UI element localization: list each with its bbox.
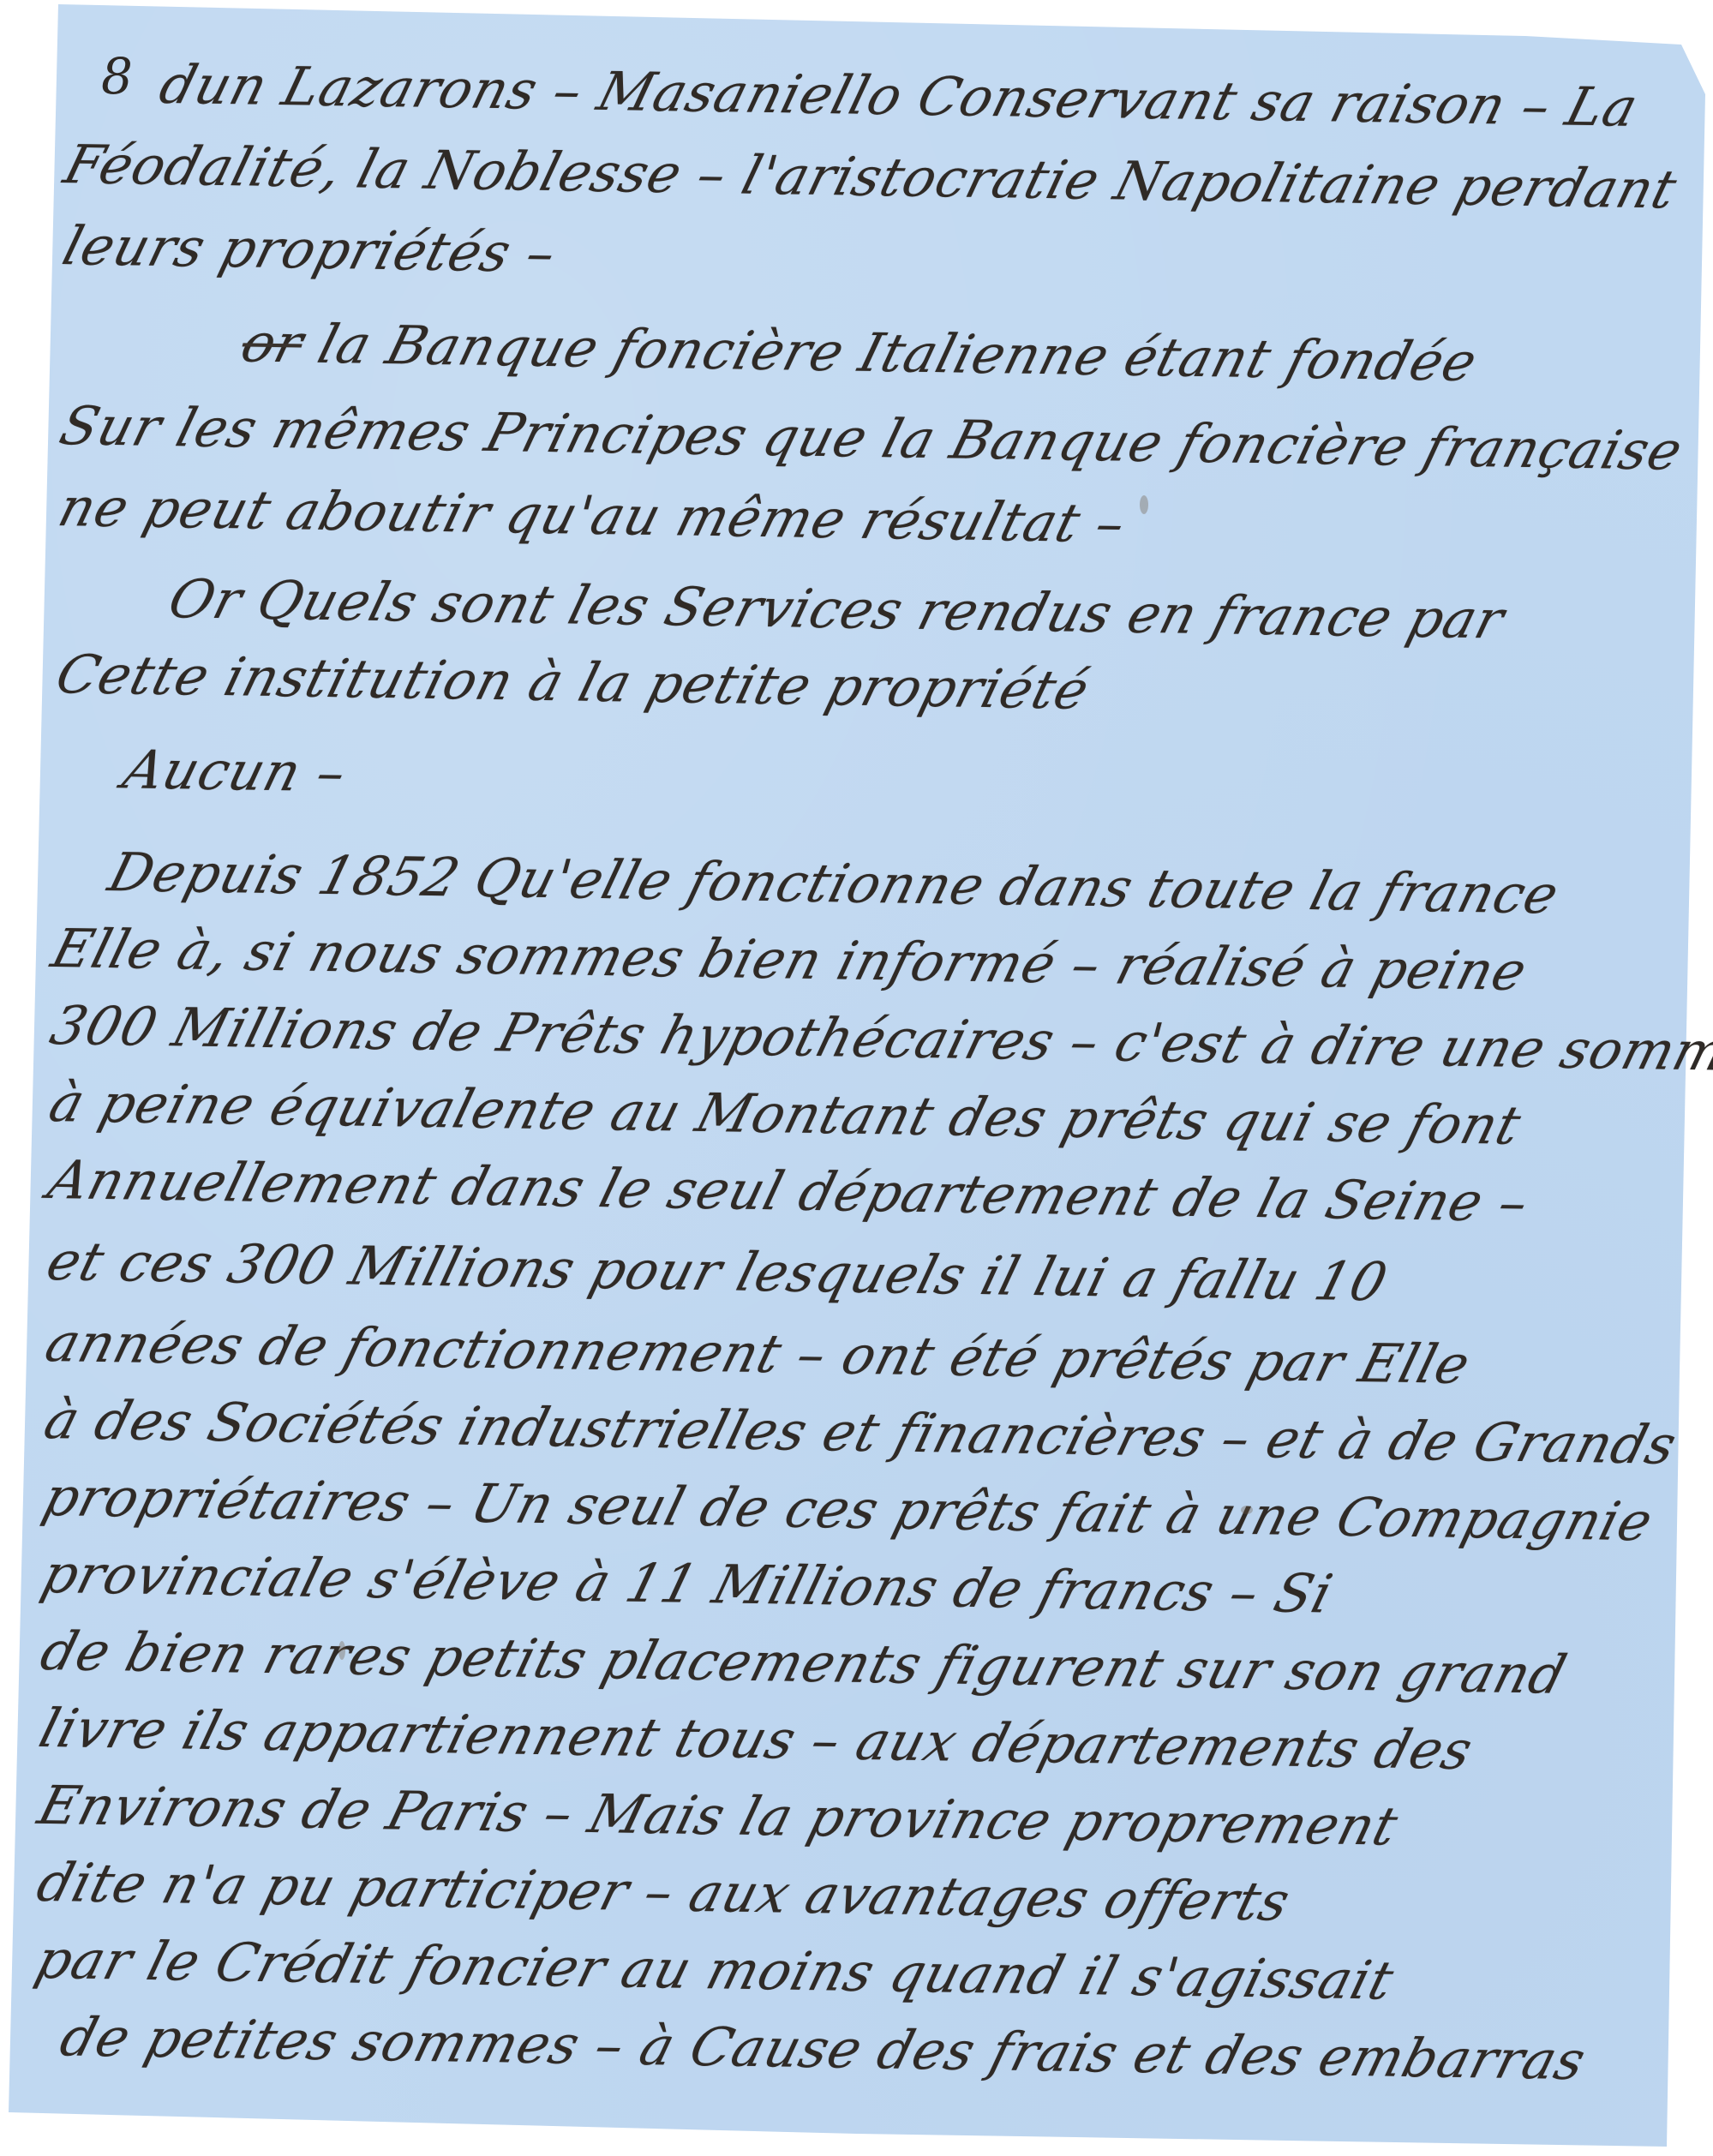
ink-stain — [1140, 495, 1148, 514]
page-number: 8 — [101, 47, 133, 105]
letter-line: leurs propriétés – — [57, 214, 564, 284]
letter-line: Aucun – — [117, 738, 353, 804]
ink-stain — [338, 1641, 345, 1660]
ink-stain — [1241, 1506, 1253, 1514]
